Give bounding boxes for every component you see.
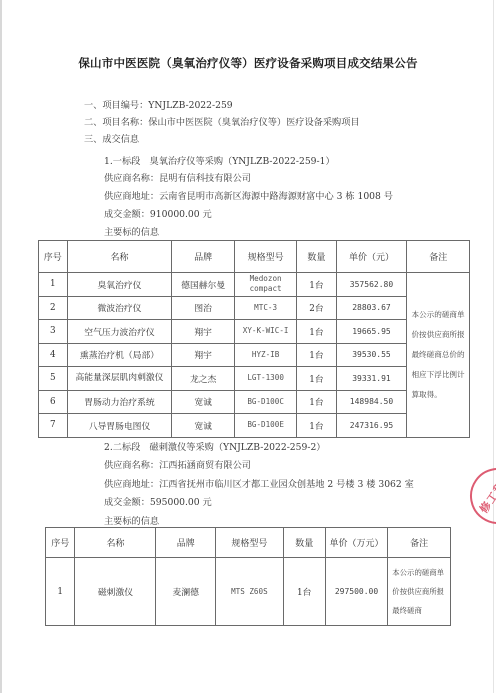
stamp-text: 修工程: [476, 478, 496, 517]
col-brand: 品牌: [156, 528, 216, 558]
cell-brand: 翔宇: [172, 320, 234, 344]
cell-price: 39331.91: [336, 367, 407, 391]
table-row: 1 磁刺激仪 麦澜德 MTS Z60S 1台 297500.00 本公示的磋商单…: [46, 558, 451, 626]
table-header-row: 序号 名称 品牌 规格型号 数量 单价（万元） 备注: [46, 528, 451, 558]
col-qty: 数量: [283, 528, 325, 558]
cell-no: 3: [39, 320, 68, 344]
cell-no: 5: [39, 367, 68, 391]
table-row: 2 微波治疗仪 图治 MTC-3 2台 28803.67: [39, 296, 470, 320]
table-row: 7 八导胃肠电图仪 宽诚 BG-D100E 1台 247316.95: [39, 414, 470, 438]
cell-model: BG-D100E: [234, 414, 296, 438]
lot1-supplier-address: 供应商地址：云南省昆明市高新区海源中路海源财富中心 3 栋 1008 号: [104, 188, 393, 202]
cell-qty: 2台: [297, 296, 336, 320]
cell-brand: 德国赫尔曼: [172, 273, 234, 297]
cell-qty: 1台: [297, 367, 336, 391]
official-seal-stamp: 修工程: [459, 457, 496, 535]
cell-model: MTC-3: [234, 296, 296, 320]
cell-remark: 本公示的磋商单价按供应商所报最终磋商总价的相应下浮比例计算取得。: [407, 273, 470, 438]
col-qty: 数量: [297, 241, 336, 273]
cell-brand: 龙之杰: [172, 367, 234, 391]
lot2-subject-label: 主要标的信息: [104, 513, 159, 527]
cell-qty: 1台: [283, 558, 325, 626]
cell-price: 19665.95: [336, 320, 407, 344]
col-price: 单价（万元）: [325, 528, 387, 558]
lot1-subject-label: 主要标的信息: [104, 224, 159, 238]
cell-qty: 1台: [297, 273, 336, 297]
lot2-amount: 成交金额：595000.00 元: [104, 494, 212, 508]
table-row: 5 高能量深层肌肉刺激仪 龙之杰 LGT-1300 1台 39331.91: [39, 367, 470, 391]
document-title: 保山市中医医院（臭氧治疗仪等）医疗设备采购项目成交结果公告: [0, 55, 496, 71]
lot1-table: 序号 名称 品牌 规格型号 数量 单价（元） 备注 1 臭氧治疗仪 德国赫尔曼 …: [38, 240, 470, 438]
lot1-amount: 成交金额：910000.00 元: [104, 206, 212, 220]
project-name: 二、项目名称：保山市中医医院（臭氧治疗仪等）医疗设备采购项目: [84, 114, 360, 128]
col-name: 名称: [67, 241, 172, 273]
table-row: 3 空气压力波治疗仪 翔宇 XY-K-WIC-I 1台 19665.95: [39, 320, 470, 344]
cell-name: 空气压力波治疗仪: [67, 320, 172, 344]
table-header-row: 序号 名称 品牌 规格型号 数量 单价（元） 备注: [39, 241, 470, 273]
cell-name: 臭氧治疗仪: [67, 273, 172, 297]
lot1-heading: 1.一标段 臭氧治疗仪等采购（YNJLZB-2022-259-1）: [104, 153, 335, 167]
cell-price: 148984.50: [336, 390, 407, 414]
cell-no: 4: [39, 343, 68, 367]
col-remark: 备注: [388, 528, 451, 558]
cell-brand: 宽诚: [172, 390, 234, 414]
cell-model: LGT-1300: [234, 367, 296, 391]
page-edge-right: [493, 0, 494, 693]
cell-name: 八导胃肠电图仪: [67, 414, 172, 438]
cell-model: MTS Z60S: [216, 558, 284, 626]
table-row: 4 熏蒸治疗机（局部） 翔宇 HYZ-IB 1台 39530.55: [39, 343, 470, 367]
cell-no: 1: [39, 273, 68, 297]
cell-model: XY-K-WIC-I: [234, 320, 296, 344]
cell-qty: 1台: [297, 320, 336, 344]
cell-name: 磁刺激仪: [75, 558, 156, 626]
col-no: 序号: [46, 528, 75, 558]
lot2-table: 序号 名称 品牌 规格型号 数量 单价（万元） 备注 1 磁刺激仪 麦澜德 MT…: [45, 527, 451, 626]
project-number: 一、项目编号：YNJLZB-2022-259: [84, 97, 233, 111]
cell-qty: 1台: [297, 390, 336, 414]
cell-no: 6: [39, 390, 68, 414]
lot1-supplier-name: 供应商名称：昆明有信科技有限公司: [104, 170, 251, 184]
cell-no: 2: [39, 296, 68, 320]
col-model: 规格型号: [234, 241, 296, 273]
cell-no: 7: [39, 414, 68, 438]
cell-model: BG-D100C: [234, 390, 296, 414]
cell-name: 熏蒸治疗机（局部）: [67, 343, 172, 367]
cell-qty: 1台: [297, 414, 336, 438]
lot2-heading: 2.二标段 磁刺激仪等采购（YNJLZB-2022-259-2）: [104, 439, 325, 453]
cell-brand: 图治: [172, 296, 234, 320]
table-row: 6 胃肠动力治疗系统 宽诚 BG-D100C 1台 148984.50: [39, 390, 470, 414]
cell-name: 高能量深层肌肉刺激仪: [67, 367, 172, 391]
lot2-supplier-address: 供应商地址：江西省抚州市临川区才都工业园众创基地 2 号楼 3 楼 3062 室: [104, 476, 414, 490]
cell-remark: 本公示的磋商单价按供应商所报最终磋商: [388, 558, 451, 626]
cell-no: 1: [46, 558, 75, 626]
col-remark: 备注: [407, 241, 470, 273]
cell-brand: 麦澜德: [156, 558, 216, 626]
cell-brand: 宽诚: [172, 414, 234, 438]
cell-price: 297500.00: [325, 558, 387, 626]
cell-model: Medozon compact: [234, 273, 296, 297]
cell-price: 28803.67: [336, 296, 407, 320]
cell-model: HYZ-IB: [234, 343, 296, 367]
col-name: 名称: [75, 528, 156, 558]
cell-price: 39530.55: [336, 343, 407, 367]
cell-price: 357562.80: [336, 273, 407, 297]
page-edge-left: [0, 0, 2, 693]
cell-name: 胃肠动力治疗系统: [67, 390, 172, 414]
cell-brand: 翔宇: [172, 343, 234, 367]
table-row: 1 臭氧治疗仪 德国赫尔曼 Medozon compact 1台 357562.…: [39, 273, 470, 297]
col-no: 序号: [39, 241, 68, 273]
lot2-supplier-name: 供应商名称：江西拓涵商贸有限公司: [104, 457, 251, 471]
cell-price: 247316.95: [336, 414, 407, 438]
cell-qty: 1台: [297, 343, 336, 367]
deal-info-heading: 三、成交信息: [84, 131, 139, 145]
col-price: 单价（元）: [336, 241, 407, 273]
col-brand: 品牌: [172, 241, 234, 273]
cell-name: 微波治疗仪: [67, 296, 172, 320]
col-model: 规格型号: [216, 528, 284, 558]
